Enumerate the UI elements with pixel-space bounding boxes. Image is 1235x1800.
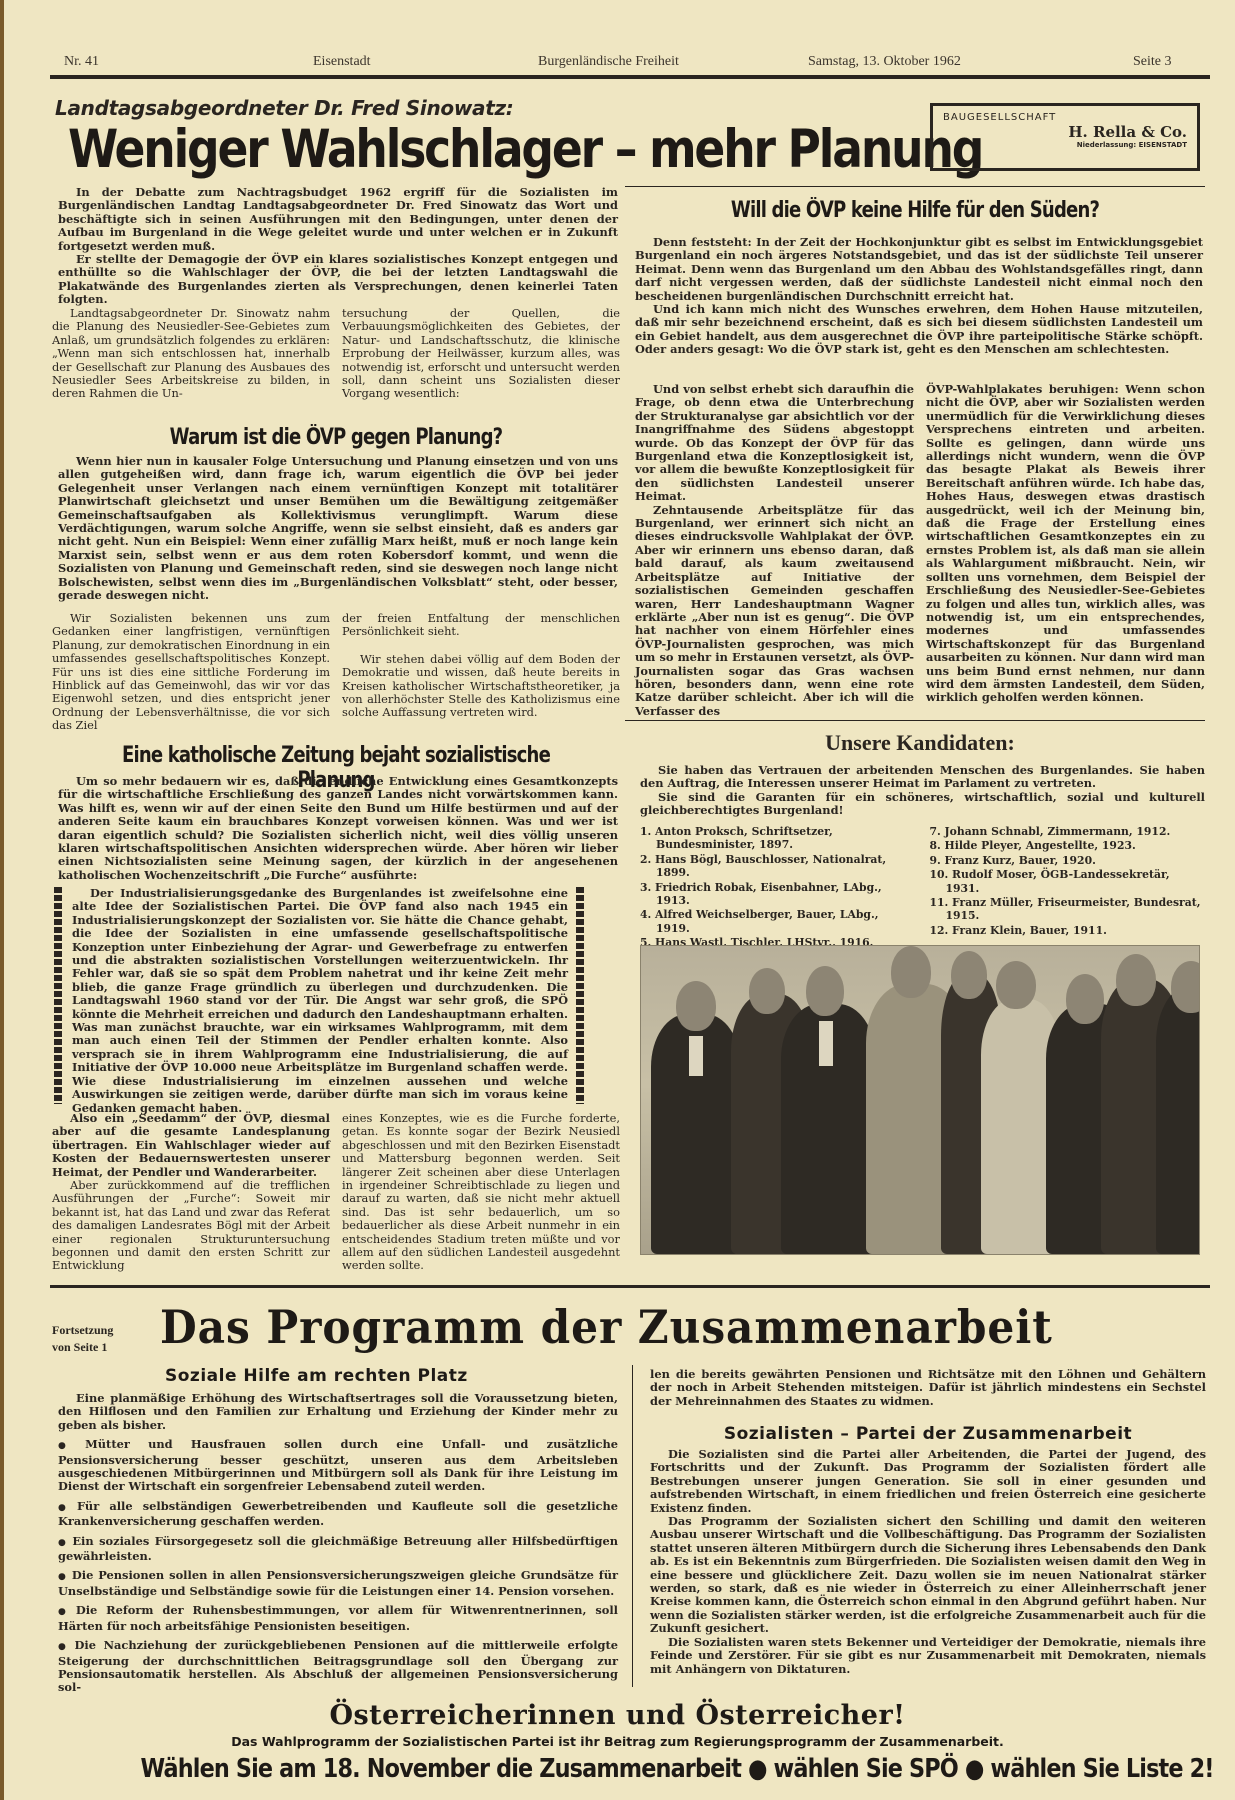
bullet-item: Mütter und Hausfrauen sollen durch eine … — [58, 1438, 618, 1494]
footer-slogan: Wählen Sie am 18. November die Zusammena… — [141, 1754, 1130, 1784]
paragraph: Sie sind die Garanten für ein schöneres,… — [640, 791, 1205, 818]
article2-title: Will die ÖVP keine Hilfe für den Süden? — [677, 198, 1153, 223]
continuation-line: Fortsetzung — [52, 1322, 113, 1339]
article-lead: In der Debatte zum Nachtragsbudget 1962 … — [58, 186, 618, 307]
footer-headline: Österreicherinnen und Österreicher! — [0, 1700, 1235, 1731]
candidates-rule — [625, 720, 1205, 721]
paragraph: Wir stehen dabei völlig auf dem Boden de… — [342, 653, 620, 720]
section-rule — [50, 1285, 1210, 1288]
ad-location: Niederlassung: EISENSTADT — [943, 141, 1187, 149]
quote-border-left — [54, 887, 62, 1104]
paragraph: len die bereits gewährten Pensionen und … — [650, 1368, 1206, 1408]
candidates-group-photo — [640, 945, 1200, 1255]
column-divider — [632, 1365, 633, 1687]
candidates-intro: Sie haben das Vertrauen der arbeitenden … — [640, 764, 1205, 818]
candidate-item: 12. Franz Klein, Bauer, 1911. — [930, 924, 1206, 937]
candidate-item: 4. Alfred Weichselberger, Bauer, LAbg., … — [640, 908, 916, 935]
candidate-item: 11. Franz Müller, Friseurmeister, Bundes… — [930, 896, 1206, 923]
page-number: Seite 3 — [1133, 54, 1172, 70]
subheading-planung: Warum ist die ÖVP gegen Planung? — [103, 425, 569, 450]
soziale-hilfe-continued: len die bereits gewährten Pensionen und … — [650, 1368, 1206, 1408]
paragraph: Wir Sozialisten bekennen uns zum Gedanke… — [52, 612, 330, 733]
lead-paragraph: In der Debatte zum Nachtragsbudget 1962 … — [58, 186, 618, 253]
article-section-planung: Wenn hier nun in kausaler Folge Untersuc… — [58, 455, 618, 602]
paragraph: tersuchung der Quellen, die Verbauungsmö… — [342, 307, 620, 401]
article-headline: Weniger Wahlschlager – mehr Planung — [68, 120, 982, 180]
article-section-furche: Um so mehr bedauern wir es, daß die endl… — [58, 775, 618, 882]
paragraph: Und von selbst erhebt sich daraufhin die… — [635, 383, 914, 504]
section-title-soziale-hilfe: Soziale Hilfe am rechten Platz — [165, 1366, 468, 1386]
candidate-item: 10. Rudolf Moser, ÖGB-Landessekretär, 19… — [930, 868, 1206, 895]
article2-columns: Und von selbst erhebt sich daraufhin die… — [635, 383, 1205, 718]
quote-text: Der Industrialisierungsgedanke des Burge… — [72, 887, 568, 1115]
bullet-item: Die Nachziehung der zurückgebliebenen Pe… — [58, 1639, 618, 1695]
continuation-note: Fortsetzung von Seite 1 — [52, 1322, 113, 1356]
paragraph: Das Programm der Sozialisten sichert den… — [650, 1515, 1206, 1636]
newspaper-page: Nr. 41 Eisenstadt Burgenländische Freihe… — [0, 0, 1235, 1800]
paragraph: Aber zurückkommend auf die trefflichen A… — [52, 1179, 330, 1273]
zusammenarbeit-text: Die Sozialisten sind die Partei aller Ar… — [650, 1448, 1206, 1676]
issue-number: Nr. 41 — [64, 54, 99, 70]
paragraph: Also ein „Seedamm“ der ÖVP, diesmal aber… — [52, 1112, 330, 1179]
ad-line-1: BAUGESELLSCHAFT — [943, 112, 1187, 123]
paragraph: der freien Entfaltung der menschlichen P… — [342, 612, 620, 639]
paper-name: Burgenländische Freiheit — [538, 54, 679, 70]
lead-paragraph: Er stellte der Demagogie der ÖVP ein kla… — [58, 253, 618, 307]
paragraph: Eine planmäßige Erhöhung des Wirtschafts… — [58, 1392, 618, 1432]
article2-lead: Denn feststeht: In der Zeit der Hochkonj… — [635, 236, 1203, 357]
furche-quote-box: Der Industrialisierungsgedanke des Burge… — [60, 887, 570, 1104]
ad-rule — [625, 186, 1205, 187]
candidate-item: 2. Hans Bögl, Bauschlosser, Nationalrat,… — [640, 853, 916, 880]
paragraph: Sie haben das Vertrauen der arbeitenden … — [640, 764, 1205, 791]
candidates-title: Unsere Kandidaten: — [630, 730, 1210, 756]
continuation-line: von Seite 1 — [52, 1339, 113, 1356]
ad-company: H. Rella & Co. — [943, 123, 1187, 141]
candidate-item: 9. Franz Kurz, Bauer, 1920. — [930, 854, 1206, 867]
candidate-item: 8. Hilde Pleyer, Angestellte, 1923. — [930, 839, 1206, 852]
article-kicker: Landtagsabgeordneter Dr. Fred Sinowatz: — [55, 96, 514, 120]
paragraph: Um so mehr bedauern wir es, daß die endl… — [58, 775, 618, 882]
paragraph: Die Sozialisten waren stets Bekenner und… — [650, 1636, 1206, 1676]
bullet-item: Ein soziales Fürsorgegesetz soll die gle… — [58, 1535, 618, 1564]
bullet-item: Die Reform der Ruhensbestimmungen, vor a… — [58, 1604, 618, 1633]
program-title: Das Programm der Zusammenarbeit — [160, 1300, 1053, 1354]
quote-border-right — [576, 887, 584, 1104]
paragraph: Die Sozialisten sind die Partei aller Ar… — [650, 1448, 1206, 1515]
masthead: Nr. 41 Eisenstadt Burgenländische Freihe… — [28, 52, 1208, 72]
article-block-1: Landtagsabgeordneter Dr. Sinowatz nahm d… — [52, 307, 620, 401]
paragraph: Zehntausende Arbeitsplätze für das Burge… — [635, 504, 914, 719]
date: Samstag, 13. Oktober 1962 — [808, 54, 961, 70]
candidate-item: 3. Friedrich Robak, Eisenbahner, LAbg., … — [640, 881, 916, 908]
page-edge — [0, 0, 4, 1800]
paragraph: Denn feststeht: In der Zeit der Hochkonj… — [635, 236, 1203, 303]
paragraph: eines Konzeptes, wie es die Furche forde… — [342, 1112, 620, 1273]
footer-subline: Das Wahlprogramm der Sozialistischen Par… — [0, 1734, 1235, 1749]
bullet-item: Für alle selbständigen Gewerbetreibenden… — [58, 1500, 618, 1529]
paragraph: Wenn hier nun in kausaler Folge Untersuc… — [58, 455, 618, 602]
section-title-zusammenarbeit: Sozialisten – Partei der Zusammenarbeit — [650, 1424, 1206, 1444]
bullet-item: Die Pensionen sollen in allen Pensionsve… — [58, 1569, 618, 1598]
candidate-item: 1. Anton Proksch, Schriftsetzer, Bundesm… — [640, 825, 916, 852]
candidate-item: 7. Johann Schnabl, Zimmermann, 1912. — [930, 825, 1206, 838]
article-block-2: Wir Sozialisten bekennen uns zum Gedanke… — [52, 612, 620, 733]
masthead-rule — [50, 75, 1210, 79]
soziale-hilfe-text: Eine planmäßige Erhöhung des Wirtschafts… — [58, 1392, 618, 1695]
place: Eisenstadt — [313, 54, 371, 70]
paragraph: Landtagsabgeordneter Dr. Sinowatz nahm d… — [52, 307, 330, 401]
paragraph: ÖVP-Wahlplakates beruhigen: Wenn schon n… — [926, 383, 1205, 705]
advertisement-box: BAUGESELLSCHAFT H. Rella & Co. Niederlas… — [930, 103, 1200, 171]
article-block-3: Also ein „Seedamm“ der ÖVP, diesmal aber… — [52, 1112, 620, 1273]
paragraph: Und ich kann mich nicht des Wunsches erw… — [635, 303, 1203, 357]
